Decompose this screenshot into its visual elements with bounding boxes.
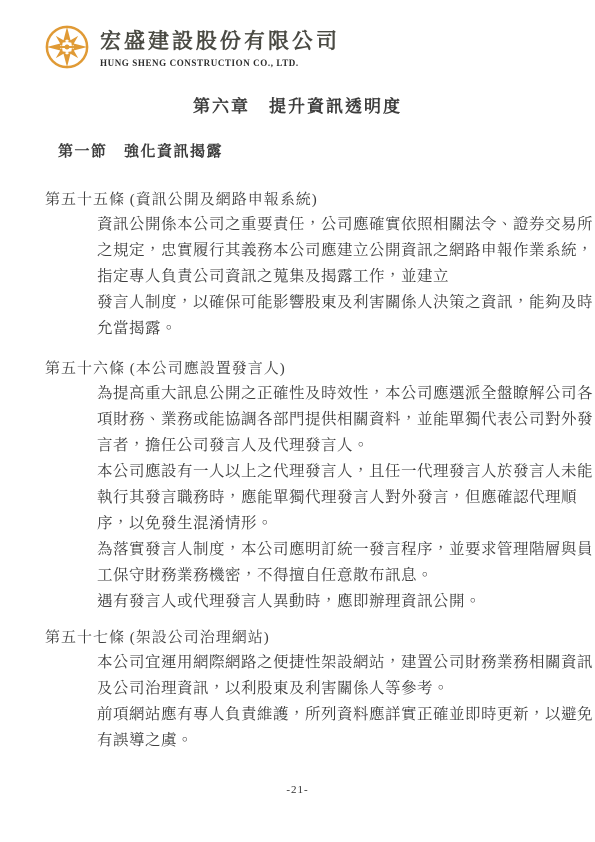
chapter-title: 第六章 提升資訊透明度 <box>0 92 595 117</box>
article-56-heading: 第五十六條 (本公司應設置發言人) <box>45 357 286 378</box>
article-56-body: 為提高重大訊息公開之正確性及時效性，本公司應選派全盤瞭解公司各 項財務、業務或能… <box>97 381 593 615</box>
article-57-body: 本公司宜運用網際網路之便捷性架設網站，建置公司財務業務相關資訊 及公司治理資訊，… <box>97 650 593 754</box>
article-55-body: 資訊公開係本公司之重要責任，公司應確實依照相關法令、證券交易所 之規定，忠實履行… <box>97 212 593 342</box>
article-57-heading: 第五十七條 (架設公司治理網站) <box>45 626 270 647</box>
company-header: 宏盛建設股份有限公司 HUNG SHENG CONSTRUCTION CO., … <box>44 24 340 70</box>
article-55-heading: 第五十五條 (資訊公開及網路申報系統) <box>45 188 318 209</box>
company-name-en: HUNG SHENG CONSTRUCTION CO., LTD. <box>100 57 340 69</box>
company-names: 宏盛建設股份有限公司 HUNG SHENG CONSTRUCTION CO., … <box>100 24 340 69</box>
company-logo-icon <box>44 24 90 70</box>
page-number: -21- <box>0 784 595 796</box>
company-name-zh: 宏盛建設股份有限公司 <box>100 26 340 56</box>
document-page: 宏盛建設股份有限公司 HUNG SHENG CONSTRUCTION CO., … <box>0 0 595 842</box>
section-heading: 第一節 強化資訊揭露 <box>58 140 223 161</box>
